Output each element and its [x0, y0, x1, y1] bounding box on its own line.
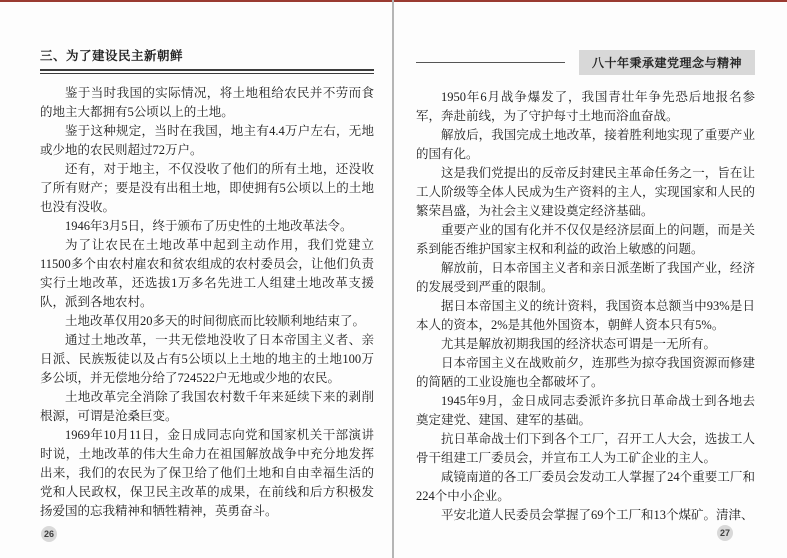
paragraph: 据日本帝国主义的统计资料，我国资本总额当中93%是日本人的资本，2%是其他外国资…	[416, 297, 755, 335]
paragraph: 土地改革仅用20多天的时间彻底而比较顺利地结束了。	[40, 312, 374, 331]
paragraph: 鉴于当时我国的实际情况，将土地租给农民并不劳而食的地主大都拥有5公顷以上的土地。	[40, 84, 374, 122]
page-number-badge-left: 26	[41, 526, 57, 542]
page-number-badge-right: 27	[717, 525, 733, 541]
section-title: 三、为了建设民主新朝鲜	[40, 46, 374, 69]
paragraph: 还有，对于地主，不仅没收了他们的所有土地，还没收了所有财产；要是没有出租土地，即…	[40, 160, 374, 217]
header-rule-thick	[40, 69, 374, 71]
left-page-body: 鉴于当时我国的实际情况，将土地租给农民并不劳而食的地主大都拥有5公顷以上的土地。…	[40, 84, 374, 521]
header-rule-thin	[40, 73, 374, 74]
paragraph: 日本帝国主义在战败前夕，连那些为掠夺我国资源而修建的简陋的工业设施也全都破坏了。	[416, 354, 755, 392]
paragraph: 通过土地改革，一共无偿地没收了日本帝国主义者、亲日派、民族叛徒以及占有5公顷以上…	[40, 331, 374, 388]
book-spread: 三、为了建设民主新朝鲜 鉴于当时我国的实际情况，将土地租给农民并不劳而食的地主大…	[0, 0, 787, 558]
right-page: 八十年秉承建党理念与精神 1950年6月战争爆发了，我国青壮年争先恐后地报名参军…	[394, 0, 787, 558]
paragraph: 解放前，日本帝国主义者和亲日派垄断了我国产业，经济的发展受到严重的限制。	[416, 259, 755, 297]
header-rule-line	[416, 62, 565, 63]
paragraph: 为了让农民在土地改革中起到主动作用，我们党建立11500多个由农村雇农和贫农组成…	[40, 236, 374, 312]
paragraph: 土地改革完全消除了我国农村数千年来延续下来的剥削根源，可谓是沧桑巨变。	[40, 388, 374, 426]
right-page-body: 1950年6月战争爆发了，我国青壮年争先恐后地报名参军，奔赴前线，为了守护每寸土…	[416, 88, 755, 525]
paragraph: 尤其是解放初期我国的经济状态可谓是一无所有。	[416, 335, 755, 354]
paragraph: 平安北道人民委员会掌握了69个工厂和13个煤矿。清津、	[416, 506, 755, 525]
paragraph: 解放后，我国完成土地改革，接着胜利地实现了重要产业的国有化。	[416, 126, 755, 164]
left-page: 三、为了建设民主新朝鲜 鉴于当时我国的实际情况，将土地租给农民并不劳而食的地主大…	[0, 0, 392, 558]
paragraph: 1950年6月战争爆发了，我国青壮年争先恐后地报名参军，奔赴前线，为了守护每寸土…	[416, 88, 755, 126]
paragraph: 鉴于这种规定，当时在我国，地主有4.4万户左右，无地或少地的农民则超过72万户。	[40, 122, 374, 160]
paragraph: 1945年9月，金日成同志委派许多抗日革命战士到各地去奠定建党、建国、建军的基础…	[416, 392, 755, 430]
chapter-title-badge: 八十年秉承建党理念与精神	[579, 50, 755, 75]
paragraph: 重要产业的国有化并不仅仅是经济层面上的问题，而是关系到能否维护国家主权和利益的政…	[416, 221, 755, 259]
paragraph: 1946年3月5日，终于颁布了历史性的土地改革法令。	[40, 217, 374, 236]
paragraph: 1969年10月11日，金日成同志向党和国家机关干部演讲时说，土地改革的伟大生命…	[40, 426, 374, 521]
paragraph: 这是我们党提出的反帝反封建民主革命任务之一，旨在让工人阶级等全体人民成为生产资料…	[416, 164, 755, 221]
paragraph: 咸镜南道的各工厂委员会发动工人掌握了24个重要工厂和224个中小企业。	[416, 468, 755, 506]
right-page-header: 八十年秉承建党理念与精神	[416, 50, 755, 75]
paragraph: 抗日革命战士们下到各个工厂，召开工人大会，选拔工人骨干组建工厂委员会，并宣布工人…	[416, 430, 755, 468]
